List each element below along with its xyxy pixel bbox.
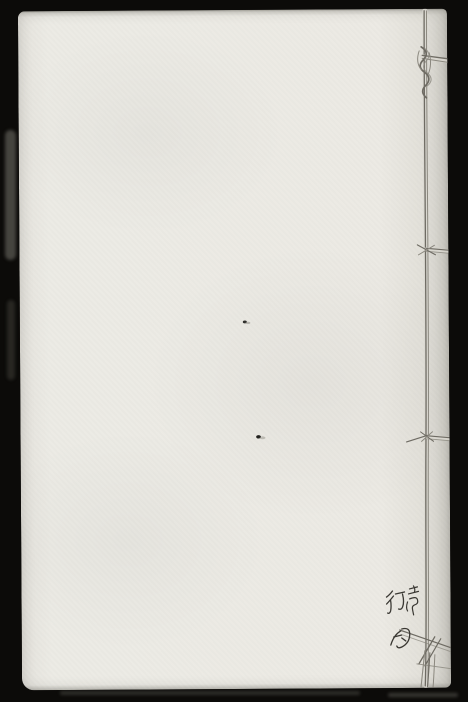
stitch-middle [417,245,448,255]
page-edge-smudge [7,300,15,380]
book-page: 行第 均 [18,9,451,691]
ink-speck-1 [243,321,251,325]
handwritten-annotation-2: 均 [391,628,410,647]
binding-thread [421,11,431,686]
page-edge-smudge [5,130,16,260]
handwritten-annotation-1: 行第 [386,586,418,615]
ink-speck-2 [256,435,265,439]
page-edge-smudge [60,691,360,695]
page-edge-smudge [388,693,458,697]
thread-knot [418,47,448,98]
binding-and-annotations-layer: 行第 均 [18,9,451,691]
scan-background: 行第 均 [0,0,468,702]
